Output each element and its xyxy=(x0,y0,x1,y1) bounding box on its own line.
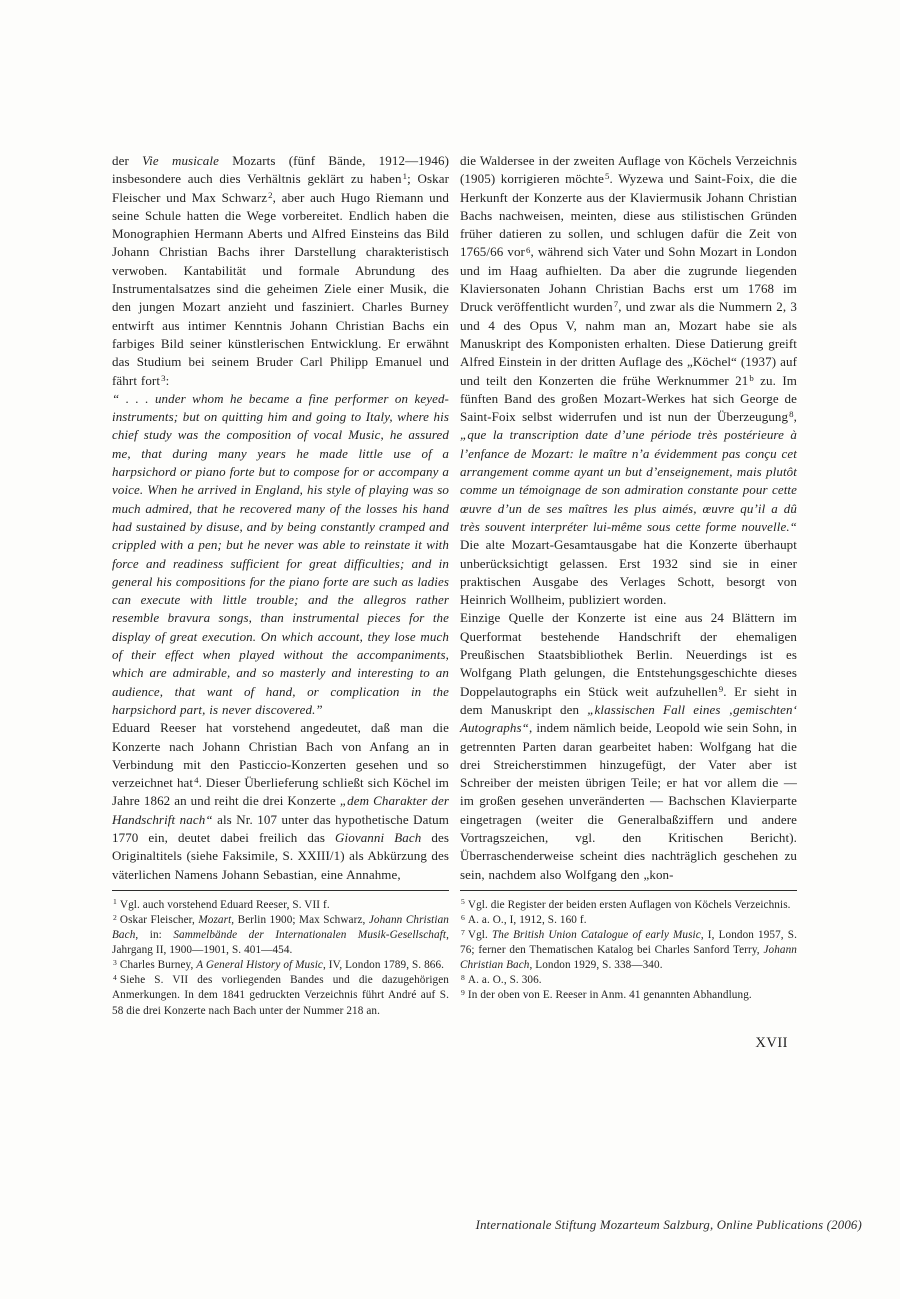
text-run: Vgl. auch vorstehend Eduard Reeser, S. V… xyxy=(120,899,330,911)
footnote-reference: 1 xyxy=(403,171,408,181)
text-block: der Vie musicale Mozarts (fünf Bände, 19… xyxy=(112,152,796,1052)
text-run: Die alte Mozart-Gesamtausgabe hat die Ko… xyxy=(460,537,797,607)
text-run: The British Union Catalogue of early Mus… xyxy=(492,929,701,941)
text-run: Giovanni Bach xyxy=(335,830,421,845)
text-run: Vgl. die Register der beiden ersten Aufl… xyxy=(468,899,791,911)
text-run: Vgl. xyxy=(468,929,492,941)
right-footnotes-section: 5Vgl. die Register der beiden ersten Auf… xyxy=(460,890,797,1004)
footnote: 9In der oben von E. Reeser in Anm. 41 ge… xyxy=(460,988,797,1003)
footnote-marker: 9 xyxy=(461,988,465,997)
footnote-reference: 4 xyxy=(194,775,199,785)
text-run: , London 1929, S. 338—340. xyxy=(529,959,662,971)
text-run: Oskar Fleischer, xyxy=(120,914,198,926)
text-run: A. a. O., I, 1912, S. 160 f. xyxy=(468,914,587,926)
footnote-reference: 8 xyxy=(789,409,794,419)
footnote-reference: 5 xyxy=(605,171,610,181)
text-run: In der oben von E. Reeser in Anm. 41 gen… xyxy=(468,989,752,1001)
text-run: „que la transcription date d’une période… xyxy=(460,427,797,533)
footnote-marker: 7 xyxy=(461,928,465,937)
text-run: , in: xyxy=(135,929,173,941)
footnote-marker: 3 xyxy=(113,958,117,967)
paragraph: Eduard Reeser hat vorstehend angedeutet,… xyxy=(112,719,449,884)
footnote-reference: 9 xyxy=(719,684,724,694)
text-run: , IV, London 1789, S. 866. xyxy=(323,959,444,971)
footnote-marker: 1 xyxy=(113,897,117,906)
footnote-marker: 2 xyxy=(113,913,117,922)
paragraph: die Waldersee in der zweiten Auflage von… xyxy=(460,152,797,609)
left-column-text: der Vie musicale Mozarts (fünf Bände, 19… xyxy=(112,152,449,884)
footnote-marker: 4 xyxy=(113,973,117,982)
page-number: XVII xyxy=(112,1035,796,1052)
footnote-reference: 6 xyxy=(526,245,531,255)
text-run: , xyxy=(794,409,797,424)
left-footnotes-section: 1Vgl. auch vorstehend Eduard Reeser, S. … xyxy=(112,890,449,1019)
text-run: A. a. O., S. 306. xyxy=(468,974,542,986)
footnote-marker: 5 xyxy=(461,897,465,906)
text-run: Siehe S. VII des vorliegenden Bandes und… xyxy=(112,974,449,1016)
paragraph: “ . . . under whom he became a fine perf… xyxy=(112,390,449,719)
text-run: , aber auch Hugo Riemann und seine Schul… xyxy=(112,190,449,388)
text-run: , Berlin 1900; Max Schwarz, xyxy=(231,914,369,926)
right-column-text: die Waldersee in der zweiten Auflage von… xyxy=(460,152,797,884)
right-column: die Waldersee in der zweiten Auflage von… xyxy=(460,152,797,1004)
footnote: 7Vgl. The British Union Catalogue of ear… xyxy=(460,928,797,973)
footnote-reference: 2 xyxy=(268,190,273,200)
footnote: 1Vgl. auch vorstehend Eduard Reeser, S. … xyxy=(112,898,449,913)
footnote-reference: 3 xyxy=(161,373,166,383)
scanned-book-page: der Vie musicale Mozarts (fünf Bände, 19… xyxy=(0,0,900,1299)
text-run: der xyxy=(112,153,142,168)
footer-credit: Internationale Stiftung Mozarteum Salzbu… xyxy=(476,1218,862,1233)
text-run: “ . . . under whom he became a fine perf… xyxy=(112,391,449,717)
footnote: 6A. a. O., I, 1912, S. 160 f. xyxy=(460,913,797,928)
text-run: , indem nämlich beide, Leopold wie sein … xyxy=(460,720,797,881)
left-column: der Vie musicale Mozarts (fünf Bände, 19… xyxy=(112,152,449,1019)
footnote: 2Oskar Fleischer, Mozart, Berlin 1900; M… xyxy=(112,913,449,958)
two-column-layout: der Vie musicale Mozarts (fünf Bände, 19… xyxy=(112,152,796,1019)
paragraph: Einzige Quelle der Konzerte ist eine aus… xyxy=(460,609,797,883)
text-run: Vie musicale xyxy=(142,153,219,168)
footnote-reference: b xyxy=(749,373,754,383)
footnote: 8A. a. O., S. 306. xyxy=(460,973,797,988)
paragraph: der Vie musicale Mozarts (fünf Bände, 19… xyxy=(112,152,449,390)
footnote-marker: 8 xyxy=(461,973,465,982)
text-run: Sammelbände der Internationalen Musik-Ge… xyxy=(173,929,446,941)
footnote: 5Vgl. die Register der beiden ersten Auf… xyxy=(460,898,797,913)
text-run: Charles Burney, xyxy=(120,959,196,971)
text-run: : xyxy=(166,373,170,388)
footnote-marker: 6 xyxy=(461,913,465,922)
footnote: 3Charles Burney, A General History of Mu… xyxy=(112,958,449,973)
text-run: A General History of Music xyxy=(196,959,323,971)
footnote: 4Siehe S. VII des vorliegenden Bandes un… xyxy=(112,973,449,1018)
footnote-reference: 7 xyxy=(614,299,619,309)
text-run: Mozart xyxy=(198,914,231,926)
